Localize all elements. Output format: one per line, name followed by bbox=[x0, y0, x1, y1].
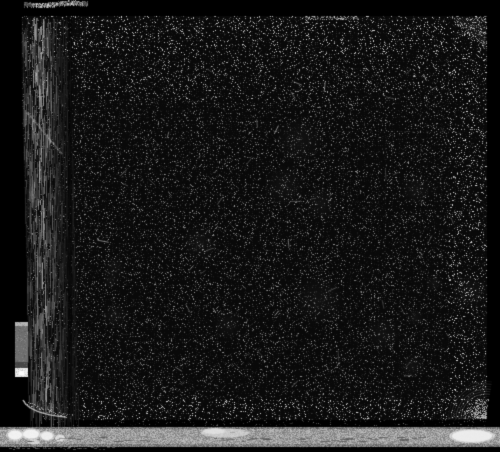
book-photo bbox=[0, 0, 500, 452]
worn-corner-bottom-right bbox=[452, 380, 487, 420]
spine-headband-highlight bbox=[24, 1, 88, 9]
spine-label-sticker bbox=[15, 322, 28, 377]
surface-edge-strip bbox=[0, 426, 500, 447]
book-front-cover bbox=[19, 16, 487, 420]
worn-corner-top-right bbox=[451, 16, 487, 50]
